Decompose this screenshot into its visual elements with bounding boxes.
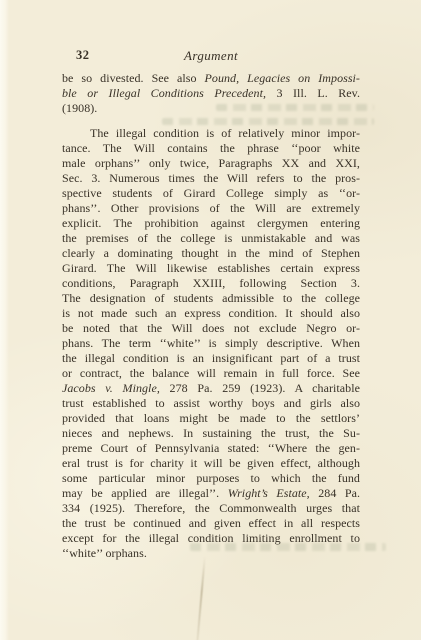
text-line: the trust be continued and given effect … [62, 516, 360, 531]
text-line: is not made such an express condition. I… [62, 306, 360, 321]
text-line: explicit. The prohibition against clergy… [62, 216, 360, 231]
text-line: the premises of the college is unmistaka… [62, 231, 360, 246]
text-line: The illegal condition is of relatively m… [62, 126, 360, 141]
text-line: trust established to assist worthy boys … [62, 396, 360, 411]
text-line: be noted that the Will does not exclude … [62, 321, 360, 336]
paragraph: The illegal condition is of relatively m… [62, 126, 360, 561]
text-line: male orphans’’ only twice, Paragraphs XX… [62, 156, 360, 171]
text-line: some particular minor purposes to which … [62, 471, 360, 486]
text-line: the illegal condition is an insignifican… [62, 351, 360, 366]
text-line: tance. The Will contains the phrase ‘‘po… [62, 141, 360, 156]
scanned-book-page: 32 Argument be so divested. See also Pou… [0, 0, 421, 640]
running-head-title: Argument [62, 48, 360, 64]
text-line: Sec. 3. Numerous times the Will refers t… [62, 171, 360, 186]
text-line: provided that loans might be made to the… [62, 411, 360, 426]
text-line: clearly a dominating thought in the mind… [62, 246, 360, 261]
page-header: 32 Argument [62, 48, 360, 64]
page-crease [196, 556, 205, 640]
text-line: phans’’. Other provisions of the Will ar… [62, 201, 360, 216]
text-line: Jacobs v. Mingle, 278 Pa. 259 (1923). A … [62, 381, 360, 396]
text-line: 334 (1925). Therefore, the Commonwealth … [62, 501, 360, 516]
page-edge-highlight [0, 0, 9, 640]
text-line: be so divested. See also Pound, Legacies… [62, 71, 360, 86]
text-line: conditions, Paragraph XXIII, following S… [62, 276, 360, 291]
text-line: preme Court of Pennsylvania stated: ‘‘Wh… [62, 441, 360, 456]
ink-bleed-artifact [162, 118, 374, 125]
text-line: nieces and nephews. In sustaining the tr… [62, 426, 360, 441]
text-line: ble or Illegal Conditions Precedent, 3 I… [62, 86, 360, 101]
ink-bleed-artifact [190, 543, 386, 551]
text-line: eral trust is for charity it will be giv… [62, 456, 360, 471]
text-line: Girard. The Will likewise establishes ce… [62, 261, 360, 276]
text-line: may be applied are illegal’’. Wright’s E… [62, 486, 360, 501]
text-line: or contract, the balance will remain in … [62, 366, 360, 381]
document-body: be so divested. See also Pound, Legacies… [62, 71, 360, 561]
text-line: phans. The term ‘‘white’’ is simply desc… [62, 336, 360, 351]
text-line: The designation of students admissible t… [62, 291, 360, 306]
ink-bleed-artifact [216, 104, 374, 111]
text-line: spective students of Girard College simp… [62, 186, 360, 201]
